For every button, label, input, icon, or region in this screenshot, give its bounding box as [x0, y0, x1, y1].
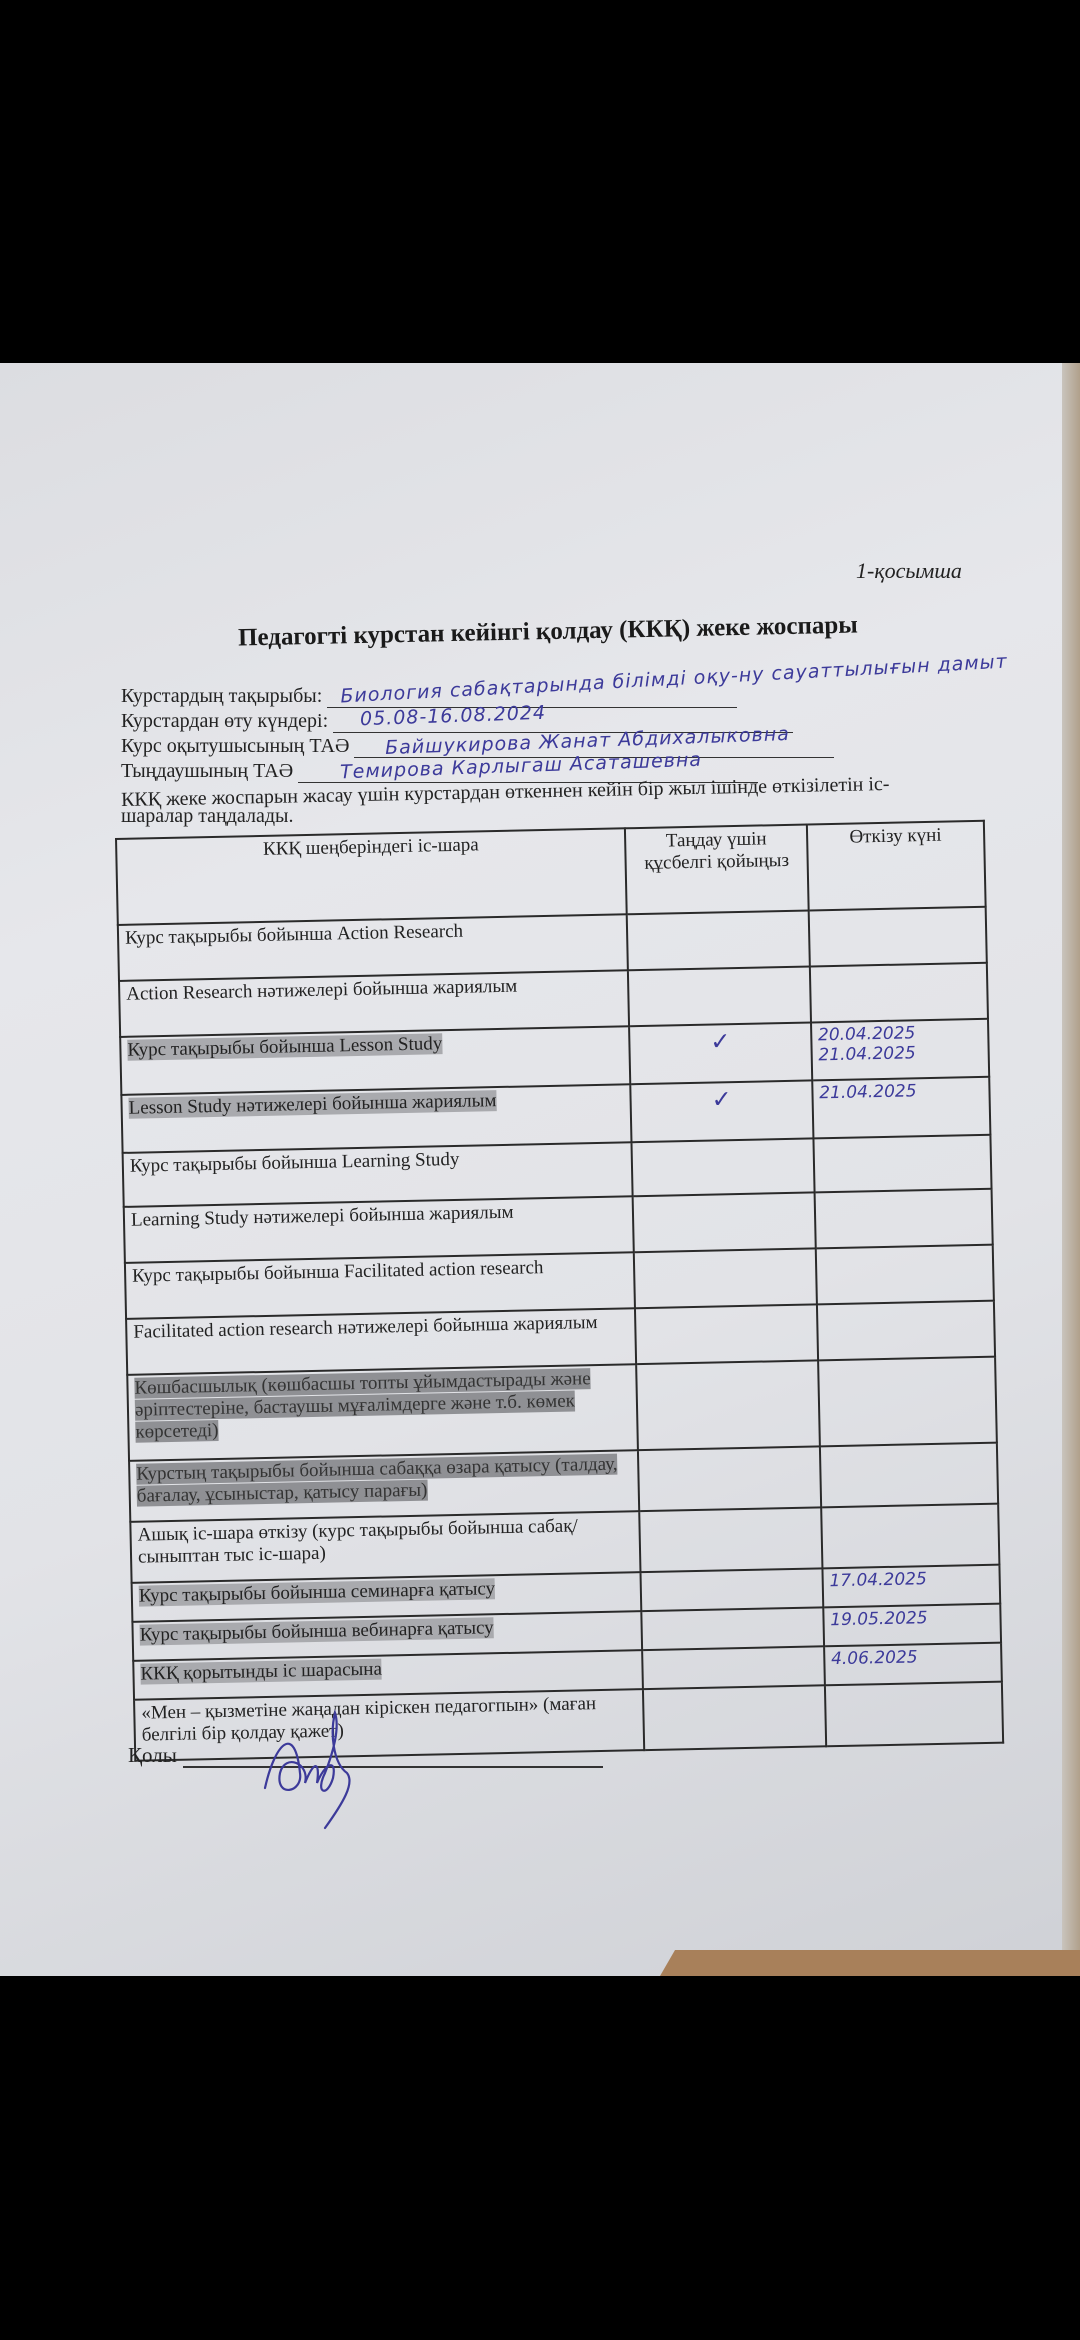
selection-checkbox-cell[interactable] [627, 910, 810, 970]
activity-text: Lesson Study нәтижелері бойынша жариялым [128, 1090, 496, 1119]
document-photo: 1-қосымша Педагогті курстан кейінгі қолд… [0, 363, 1080, 1976]
activity-text: Learning Study нәтижелері бойынша жариял… [131, 1202, 514, 1231]
activity-cell: Көшбасшылық (көшбасшы топты ұйымдастырад… [127, 1364, 638, 1461]
selection-checkbox-cell[interactable] [642, 1646, 824, 1689]
checkmark-icon: ✓ [710, 1027, 731, 1055]
activity-text: Action Research нәтижелері бойынша жария… [126, 976, 517, 1005]
date-cell[interactable]: 21.04.2025 [812, 1077, 990, 1139]
signature-label: Қолы [128, 1743, 177, 1767]
activity-text: Курс тақырыбы бойынша семинарға қатысу [139, 1578, 496, 1606]
selection-checkbox-cell[interactable] [638, 1446, 821, 1511]
date-cell[interactable] [815, 1245, 993, 1305]
header-activity: ККҚ шеңберіндегі іс-шара [116, 828, 627, 925]
selection-checkbox-cell[interactable] [632, 1138, 815, 1196]
activity-text: Facilitated action research нәтижелері б… [133, 1312, 598, 1343]
handwritten-date: 21.04.2025 [818, 1042, 982, 1065]
header-date: Өткізу күні [807, 821, 986, 911]
selection-checkbox-cell[interactable] [640, 1507, 823, 1572]
date-cell[interactable]: 19.05.2025 [823, 1604, 1001, 1647]
activity-text: Көшбасшылық (көшбасшы топты ұйымдастырад… [134, 1368, 591, 1443]
date-cell[interactable] [813, 1135, 991, 1193]
activity-plan-table: ККҚ шеңберіндегі іс-шара Таңдау үшін құс… [115, 820, 1004, 1762]
table-surface [660, 1950, 1080, 1976]
selection-checkbox-cell[interactable] [642, 1607, 824, 1650]
selection-checkbox-cell[interactable] [636, 1360, 819, 1450]
activity-cell: Курстың тақырыбы бойынша сабаққа өзара қ… [129, 1450, 639, 1522]
activity-text: Курс тақырыбы бойынша Learning Study [130, 1149, 460, 1177]
annex-label: 1-қосымша [856, 558, 962, 584]
selection-checkbox-cell[interactable] [643, 1685, 826, 1750]
activity-cell: Курс тақырыбы бойынша Lesson Study [120, 1026, 630, 1095]
activity-cell: Lesson Study нәтижелері бойынша жариялым [121, 1084, 631, 1153]
document-title: Педагогті курстан кейінгі қолдау (ККҚ) ж… [238, 612, 858, 653]
date-cell[interactable] [817, 1301, 995, 1361]
date-cell[interactable]: 20.04.202521.04.2025 [811, 1019, 989, 1081]
activity-text: Курс тақырыбы бойынша вебинарға қатысу [139, 1617, 493, 1645]
date-cell[interactable]: 17.04.2025 [822, 1565, 1000, 1608]
selection-checkbox-cell[interactable] [641, 1568, 823, 1611]
paper-sheet: 1-қосымша Педагогті курстан кейінгі қолд… [0, 363, 1062, 1976]
selection-checkbox-cell[interactable] [628, 966, 811, 1026]
handwritten-date: 21.04.2025 [819, 1080, 983, 1103]
activity-text: Курс тақырыбы бойынша Lesson Study [127, 1033, 442, 1061]
date-cell[interactable] [810, 963, 988, 1023]
selection-checkbox-cell[interactable] [633, 1192, 816, 1252]
activity-text: Курс тақырыбы бойынша Facilitated action… [132, 1257, 544, 1287]
date-cell[interactable] [814, 1189, 992, 1249]
handwritten-date: 19.05.2025 [830, 1607, 994, 1630]
date-cell[interactable]: 4.06.2025 [824, 1643, 1002, 1686]
handwritten-signature [255, 1703, 375, 1833]
activity-text: ККҚ қорытынды іс шарасына [140, 1659, 382, 1685]
activity-text: Курс тақырыбы бойынша Action Research [125, 921, 463, 949]
activity-text: Курстың тақырыбы бойынша сабаққа өзара қ… [136, 1454, 618, 1507]
date-cell[interactable] [808, 907, 986, 967]
paper-edge [1062, 363, 1080, 1976]
date-cell[interactable] [820, 1443, 998, 1508]
activity-cell: Ашық іс-шара өткізу (курс тақырыбы бойын… [130, 1511, 640, 1583]
date-cell[interactable] [825, 1682, 1003, 1747]
handwritten-date: 17.04.2025 [829, 1568, 993, 1591]
signature-line [183, 1766, 603, 1768]
header-selection: Таңдау үшін құсбелгі қойыңыз [625, 825, 808, 915]
activity-text: Ашық іс-шара өткізу (курс тақырыбы бойын… [137, 1515, 578, 1567]
selection-checkbox-cell[interactable] [635, 1304, 818, 1364]
handwritten-date: 4.06.2025 [831, 1646, 995, 1669]
date-cell[interactable] [821, 1504, 999, 1569]
selection-checkbox-cell[interactable] [634, 1248, 817, 1308]
intro-text-line2: шаралар таңдалады. [121, 805, 293, 828]
selection-checkbox-cell[interactable]: ✓ [629, 1022, 812, 1084]
checkmark-icon: ✓ [711, 1085, 732, 1113]
date-cell[interactable] [818, 1357, 997, 1447]
selection-checkbox-cell[interactable]: ✓ [631, 1080, 814, 1142]
